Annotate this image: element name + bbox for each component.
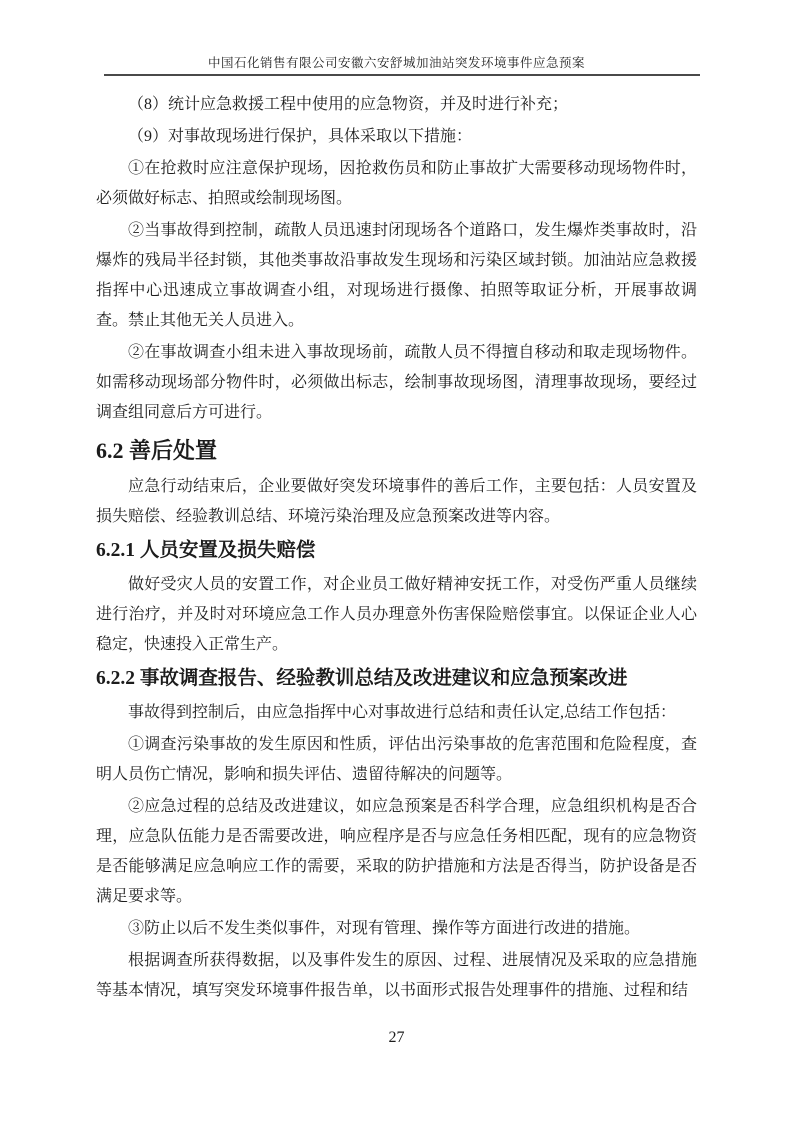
document-page: 中国石化销售有限公司安徽六安舒城加油站突发环境事件应急预案 （8）统计应急救援工… [0,0,793,1122]
header-title: 中国石化销售有限公司安徽六安舒城加油站突发环境事件应急预案 [208,56,585,70]
paragraph-summary-1: ①调查污染事故的发生原因和性质，评估出污染事故的危害范围和危险程度，查明人员伤亡… [96,730,697,790]
page-number: 27 [0,1029,793,1047]
paragraph-report: 根据调查所获得数据，以及事件发生的原因、过程、进展情况及采取的应急措施等基本情况… [96,946,697,1006]
paragraph-resettlement: 做好受灾人员的安置工作，对企业员工做好精神安抚工作，对受伤严重人员继续进行治疗，… [96,570,697,660]
paragraph-summary-intro: 事故得到控制后，由应急指挥中心对事故进行总结和责任认定,总结工作包括： [96,698,697,728]
paragraph-measure-2: ②当事故得到控制，疏散人员迅速封闭现场各个道路口，发生爆炸类事故时，沿爆炸的残局… [96,216,697,336]
paragraph-measure-2b: ②在事故调查小组未进入事故现场前，疏散人员不得擅自移动和取走现场物件。如需移动现… [96,338,697,428]
paragraph-aftermath-intro: 应急行动结束后，企业要做好突发环境事件的善后工作，主要包括：人员安置及损失赔偿、… [96,472,697,532]
paragraph-item-9: （9）对事故现场进行保护，具体采取以下措施： [96,122,697,152]
paragraph-summary-2: ②应急过程的总结及改进建议，如应急预案是否科学合理，应急组织机构是否合理，应急队… [96,792,697,912]
heading-6-2-2: 6.2.2 事故调查报告、经验教训总结及改进建议和应急预案改进 [96,664,697,694]
page-header: 中国石化销售有限公司安徽六安舒城加油站突发环境事件应急预案 [96,55,697,71]
paragraph-measure-1: ①在抢救时应注意保护现场，因抢救伤员和防止事故扩大需要移动现场物件时，必须做好标… [96,154,697,214]
heading-6-2: 6.2 善后处置 [96,434,697,468]
heading-6-2-1: 6.2.1 人员安置及损失赔偿 [96,536,697,566]
header-rule-divider [104,74,700,76]
paragraph-item-8: （8）统计应急救援工程中使用的应急物资，并及时进行补充； [96,90,697,120]
paragraph-summary-3: ③防止以后不发生类似事件，对现有管理、操作等方面进行改进的措施。 [96,914,697,944]
document-body: （8）统计应急救援工程中使用的应急物资，并及时进行补充； （9）对事故现场进行保… [96,88,697,1008]
